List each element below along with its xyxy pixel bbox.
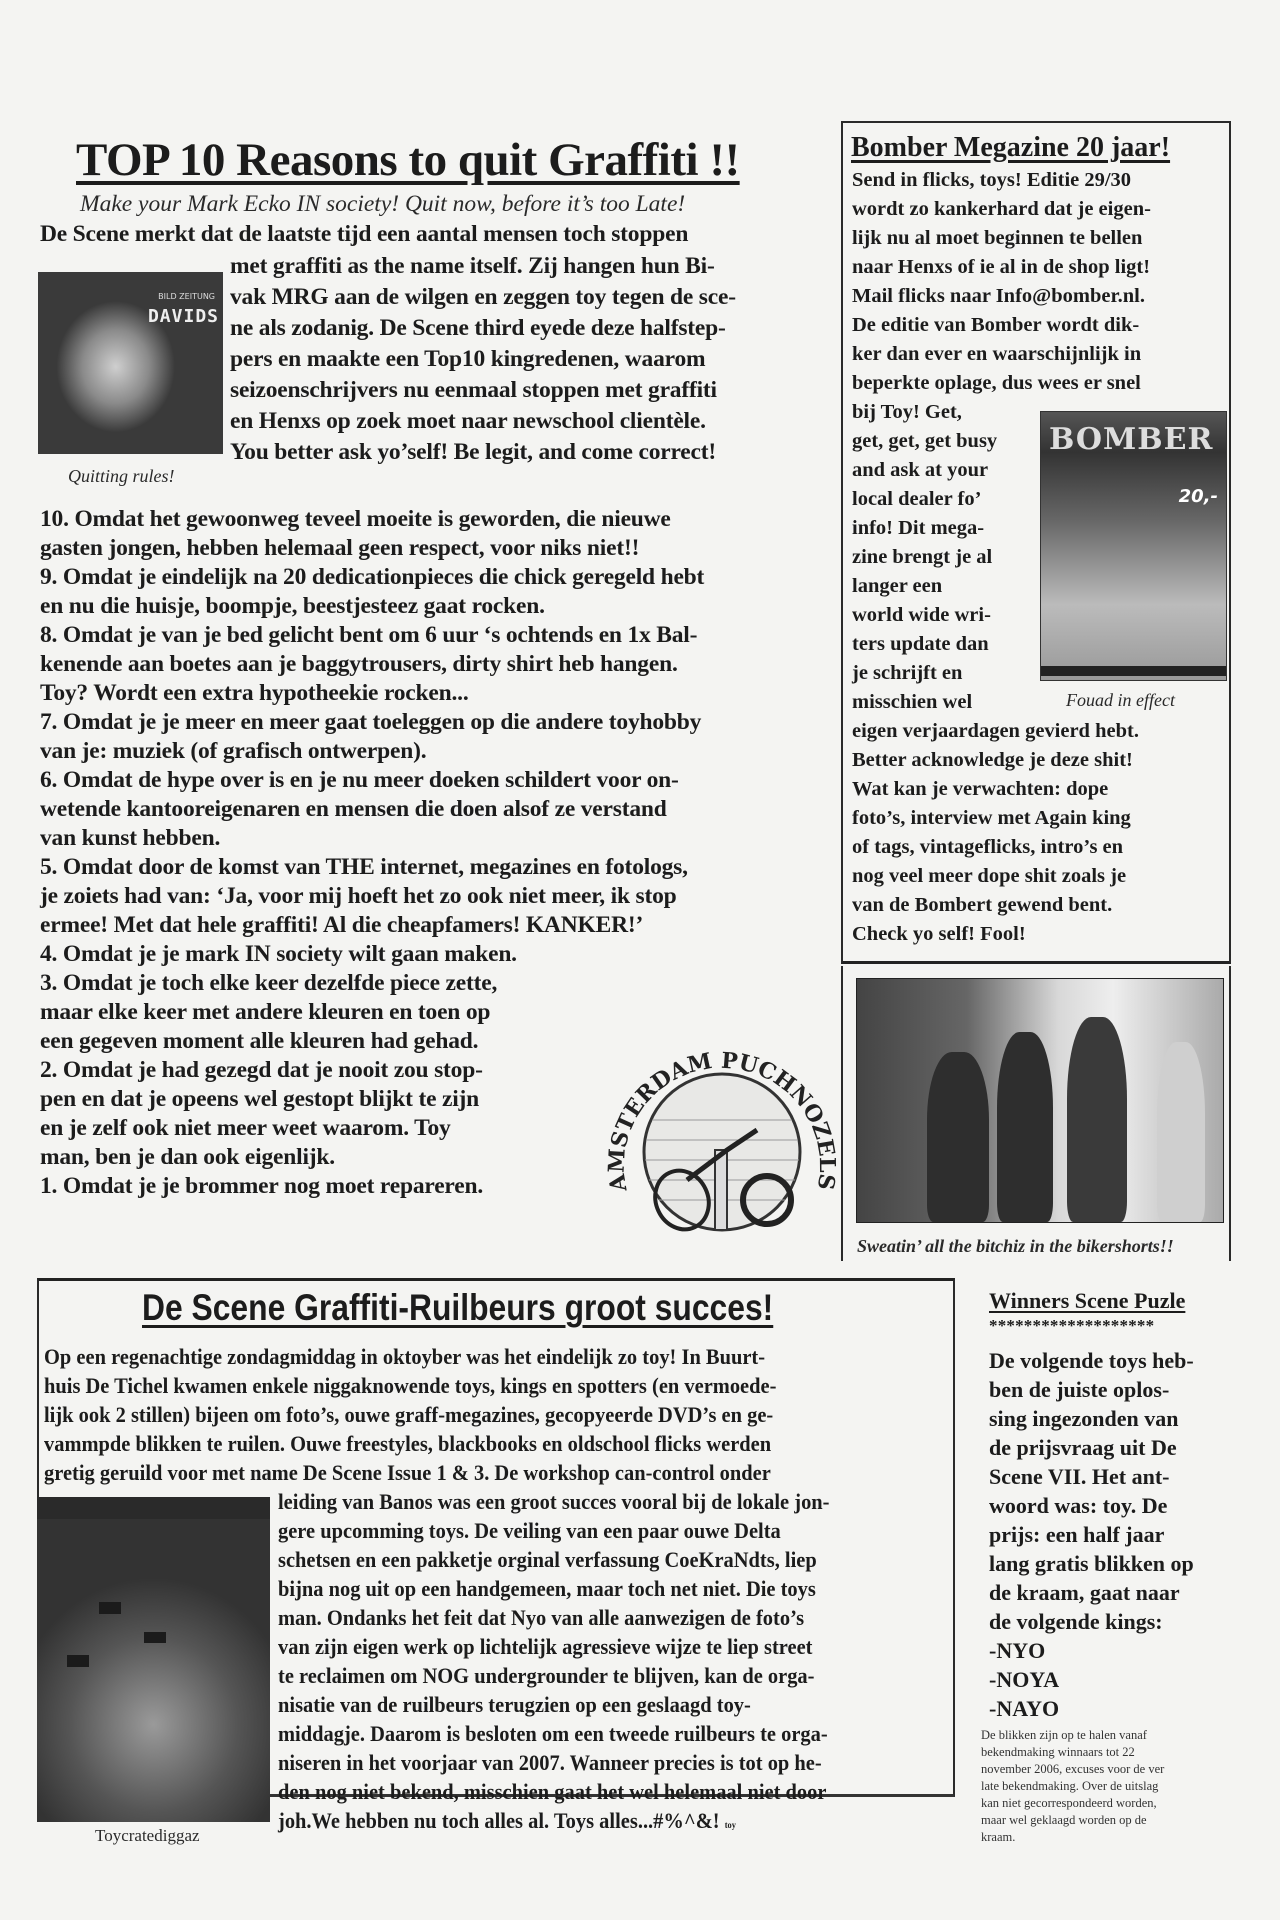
intro-line: seizoenschrijvers nu eenmaal stoppen met… — [230, 376, 717, 405]
winners-line: Scene VII. Het ant- — [989, 1462, 1169, 1491]
reason-line: wetende kantooreigenaren en mensen die d… — [40, 795, 667, 824]
bomber-line: lijk nu al moet beginnen te bellen — [852, 224, 1142, 253]
ruilbeurs-line: joh.We hebben nu toch alles al. Toys all… — [278, 1808, 720, 1833]
reason-line: van je: muziek (of grafisch ontwerpen). — [40, 737, 426, 766]
reason-line: pen en dat je opeens wel gestopt blijkt … — [40, 1085, 479, 1114]
photo-figure — [1157, 1042, 1205, 1222]
ruilbeurs-article-title: De Scene Graffiti-Ruilbeurs groot succes… — [142, 1286, 773, 1330]
winners-note-line: november 2006, excuses voor de ver — [981, 1761, 1164, 1778]
winners-stars-divider: ******************* — [989, 1316, 1154, 1336]
winner-name: -NAYO — [989, 1694, 1059, 1723]
bomber-line: nog veel meer dope shit zoals je — [852, 862, 1126, 891]
censor-bar — [67, 1655, 89, 1667]
ruilbeurs-line: nisatie van de ruilbeurs terugzien op ee… — [278, 1690, 751, 1720]
photo-top-shade — [37, 1497, 270, 1519]
bomber-magazine-cover-image: BOMBER 20,- — [1040, 411, 1227, 681]
reason-line: man, ben je dan ook eigenlijk. — [40, 1143, 335, 1172]
winners-line: lang gratis blikken op — [989, 1549, 1194, 1578]
intro-line: vak MRG aan de wilgen en zeggen toy tege… — [230, 283, 736, 312]
reason-line: van kunst hebben. — [40, 824, 220, 853]
bomber-line: naar Henxs of ie al in de shop ligt! — [852, 253, 1150, 282]
photo-overlay-small-text: BILD ZEITUNG — [158, 292, 215, 301]
ruilbeurs-line: niseren in het voorjaar van 2007. Wannee… — [278, 1748, 822, 1778]
reason-line: gasten jongen, hebben helemaal geen resp… — [40, 534, 639, 563]
top10-article-title: TOP 10 Reasons to quit Graffiti !! — [76, 132, 836, 188]
ruilbeurs-signature: toy — [725, 1820, 736, 1830]
bomber-line: world wide wri- — [852, 601, 991, 630]
reason-line: 5. Omdat door de komst van THE internet,… — [40, 853, 688, 882]
ruilbeurs-line: vammpde blikken te ruilen. Ouwe freestyl… — [44, 1429, 771, 1459]
reason-line: kenende aan boetes aan je baggytrousers,… — [40, 650, 678, 679]
toycratediggaz-photo — [37, 1497, 270, 1822]
winners-line: de prijsvraag uit De — [989, 1433, 1177, 1462]
ruilbeurs-line: te reclaimen om NOG undergrounder te bli… — [278, 1661, 814, 1691]
winners-note-line: bekendmaking winnaars tot 22 — [981, 1744, 1135, 1761]
davids-photo-caption: Quitting rules! — [68, 466, 175, 487]
ruilbeurs-line: gretig geruild voor met name De Scene Is… — [44, 1458, 771, 1488]
ruilbeurs-line: leiding van Banos was een groot succes v… — [278, 1487, 830, 1517]
cover-title: BOMBER — [1049, 422, 1213, 457]
reason-line: en je zelf ook niet meer weet waarom. To… — [40, 1114, 451, 1143]
photo-figure — [997, 1032, 1053, 1222]
ruilbeurs-line: bijna nog uit op een handgemeen, maar to… — [278, 1574, 816, 1604]
reason-line: Toy? Wordt een extra hypotheekie rocken.… — [40, 679, 469, 708]
winners-line: ben de juiste oplos- — [989, 1375, 1169, 1404]
reason-line: 2. Omdat je had gezegd dat je nooit zou … — [40, 1056, 483, 1085]
davids-photo: BILD ZEITUNG DAVIDS — [38, 272, 223, 454]
photo-figure — [1067, 1017, 1127, 1222]
bomber-line: ters update dan — [852, 630, 989, 659]
winners-note-line: late bekendmaking. Over de uitslag — [981, 1778, 1158, 1795]
censor-bar — [144, 1632, 166, 1643]
reason-line: 10. Omdat het gewoonweg teveel moeite is… — [40, 505, 671, 534]
ruilbeurs-line: man. Ondanks het feit dat Nyo van alle a… — [278, 1603, 804, 1633]
ruilbeurs-line: den nog niet bekend, misschien gaat het … — [278, 1777, 826, 1807]
censor-bar — [99, 1602, 121, 1614]
winners-note-line: De blikken zijn op te halen vanaf — [981, 1727, 1147, 1744]
intro-line: ne als zodanig. De Scene third eyede dez… — [230, 314, 726, 343]
winners-line: woord was: toy. De — [989, 1491, 1167, 1520]
reason-line: je zoiets had van: ‘Ja, voor mij hoeft h… — [40, 882, 677, 911]
winners-line: de kraam, gaat naar — [989, 1578, 1180, 1607]
bomber-line: Wat kan je verwachten: dope — [852, 775, 1108, 804]
intro-line: You better ask yo’self! Be legit, and co… — [230, 438, 716, 467]
bomber-line: of tags, vintageflicks, intro’s en — [852, 833, 1123, 862]
amsterdam-puchnozels-logo: AMSTERDAM PUCHNOZELS — [607, 1040, 837, 1240]
ruilbeurs-line: Op een regenachtige zondagmiddag in okto… — [44, 1342, 765, 1372]
intro-line: met graffiti as the name itself. Zij han… — [230, 252, 715, 281]
reason-line: 8. Omdat je van je bed gelicht bent om 6… — [40, 621, 697, 650]
winner-name: -NOYA — [989, 1665, 1059, 1694]
bomber-line: get, get, get busy — [852, 427, 997, 456]
winners-line: De volgende toys heb- — [989, 1346, 1194, 1375]
ruilbeurs-line: gere upcomming toys. De veiling van een … — [278, 1516, 781, 1546]
intro-line: pers en maakte een Top10 kingredenen, wa… — [230, 345, 705, 374]
bomber-line: Send in flicks, toys! Editie 29/30 — [852, 166, 1131, 195]
reason-line: een gegeven moment alle kleuren had geha… — [40, 1027, 478, 1056]
winners-line: de volgende kings: — [989, 1607, 1163, 1636]
winners-line: sing ingezonden van — [989, 1404, 1179, 1433]
bomber-line: Mail flicks naar Info@bomber.nl. — [852, 282, 1145, 311]
photo-overlay-label: DAVIDS — [148, 306, 219, 327]
reason-line: maar elke keer met andere kleuren en toe… — [40, 998, 490, 1027]
ruilbeurs-line: middagje. Daarom is besloten om een twee… — [278, 1719, 828, 1749]
reason-line: en nu die huisje, boompje, beestjesteez … — [40, 592, 545, 621]
winners-note-line: maar wel geklaagd worden op de — [981, 1812, 1147, 1829]
bomber-line: wordt zo kankerhard dat je eigen- — [852, 195, 1151, 224]
reason-line: 1. Omdat je je brommer nog moet reparere… — [40, 1172, 483, 1201]
reason-line: 6. Omdat de hype over is en je nu meer d… — [40, 766, 679, 795]
toycratediggaz-caption: Toycratediggaz — [95, 1826, 200, 1846]
bomber-line: ker dan ever en waarschijnlijk in — [852, 340, 1141, 369]
reason-line: 4. Omdat je je mark IN society wilt gaan… — [40, 940, 517, 969]
reason-line: 3. Omdat je toch elke keer dezelfde piec… — [40, 969, 497, 998]
bikers-photo — [856, 978, 1224, 1223]
bomber-line: and ask at your — [852, 456, 988, 485]
photo-figure — [927, 1052, 989, 1222]
bomber-line: local dealer fo’ — [852, 485, 981, 514]
bomber-line: van de Bombert gewend bent. — [852, 891, 1112, 920]
winner-name: -NYO — [989, 1636, 1045, 1665]
ruilbeurs-line: van zijn eigen werk op lichtelijk agress… — [278, 1632, 812, 1662]
intro-line: en Henxs op zoek moet naar newschool cli… — [230, 407, 706, 436]
reason-line: ermee! Met dat hele graffiti! Al die che… — [40, 911, 643, 940]
winners-title: Winners Scene Puzle — [989, 1288, 1185, 1314]
bomber-line: foto’s, interview met Again king — [852, 804, 1131, 833]
bomber-line: bij Toy! Get, — [852, 398, 962, 427]
top10-article-subtitle: Make your Mark Ecko IN society! Quit now… — [80, 190, 685, 218]
ruilbeurs-line: lijk ook 2 stillen) bijeen om foto’s, ou… — [44, 1400, 773, 1430]
bomber-cover-caption: Fouad in effect — [1066, 690, 1175, 711]
bomber-article-title: Bomber Megazine 20 jaar! — [851, 131, 1170, 165]
bomber-line: Check yo self! Fool! — [852, 920, 1026, 949]
winners-line: prijs: een half jaar — [989, 1520, 1164, 1549]
bomber-line: beperkte oplage, dus wees er snel — [852, 369, 1141, 398]
bomber-line: eigen verjaardagen gevierd hebt. — [852, 717, 1139, 746]
cover-bottom-strip — [1041, 666, 1226, 676]
ruilbeurs-line: schetsen en een pakketje orginal verfass… — [278, 1545, 817, 1575]
ruilbeurs-line-last: joh.We hebben nu toch alles al. Toys all… — [278, 1806, 736, 1841]
bikers-photo-caption: Sweatin’ all the bitchiz in the bikersho… — [857, 1236, 1174, 1257]
bomber-line: zine brengt je al — [852, 543, 992, 572]
cover-price: 20,- — [1179, 486, 1218, 507]
intro-line: De Scene merkt dat de laatste tijd een a… — [40, 220, 688, 249]
bomber-line: info! Dit mega- — [852, 514, 984, 543]
bomber-line: langer een — [852, 572, 942, 601]
bomber-line: De editie van Bomber wordt dik- — [852, 311, 1139, 340]
reason-line: 7. Omdat je je meer en meer gaat toelegg… — [40, 708, 701, 737]
bomber-line: misschien wel — [852, 688, 972, 717]
ruilbeurs-line: huis De Tichel kwamen enkele niggaknowen… — [44, 1371, 776, 1401]
winners-note-line: kan niet gecorrespondeerd worden, — [981, 1795, 1157, 1812]
winners-note-line: kraam. — [981, 1829, 1015, 1846]
bomber-line: je schrijft en — [852, 659, 962, 688]
reason-line: 9. Omdat je eindelijk na 20 dedicationpi… — [40, 563, 704, 592]
bomber-line: Better acknowledge je deze shit! — [852, 746, 1133, 775]
